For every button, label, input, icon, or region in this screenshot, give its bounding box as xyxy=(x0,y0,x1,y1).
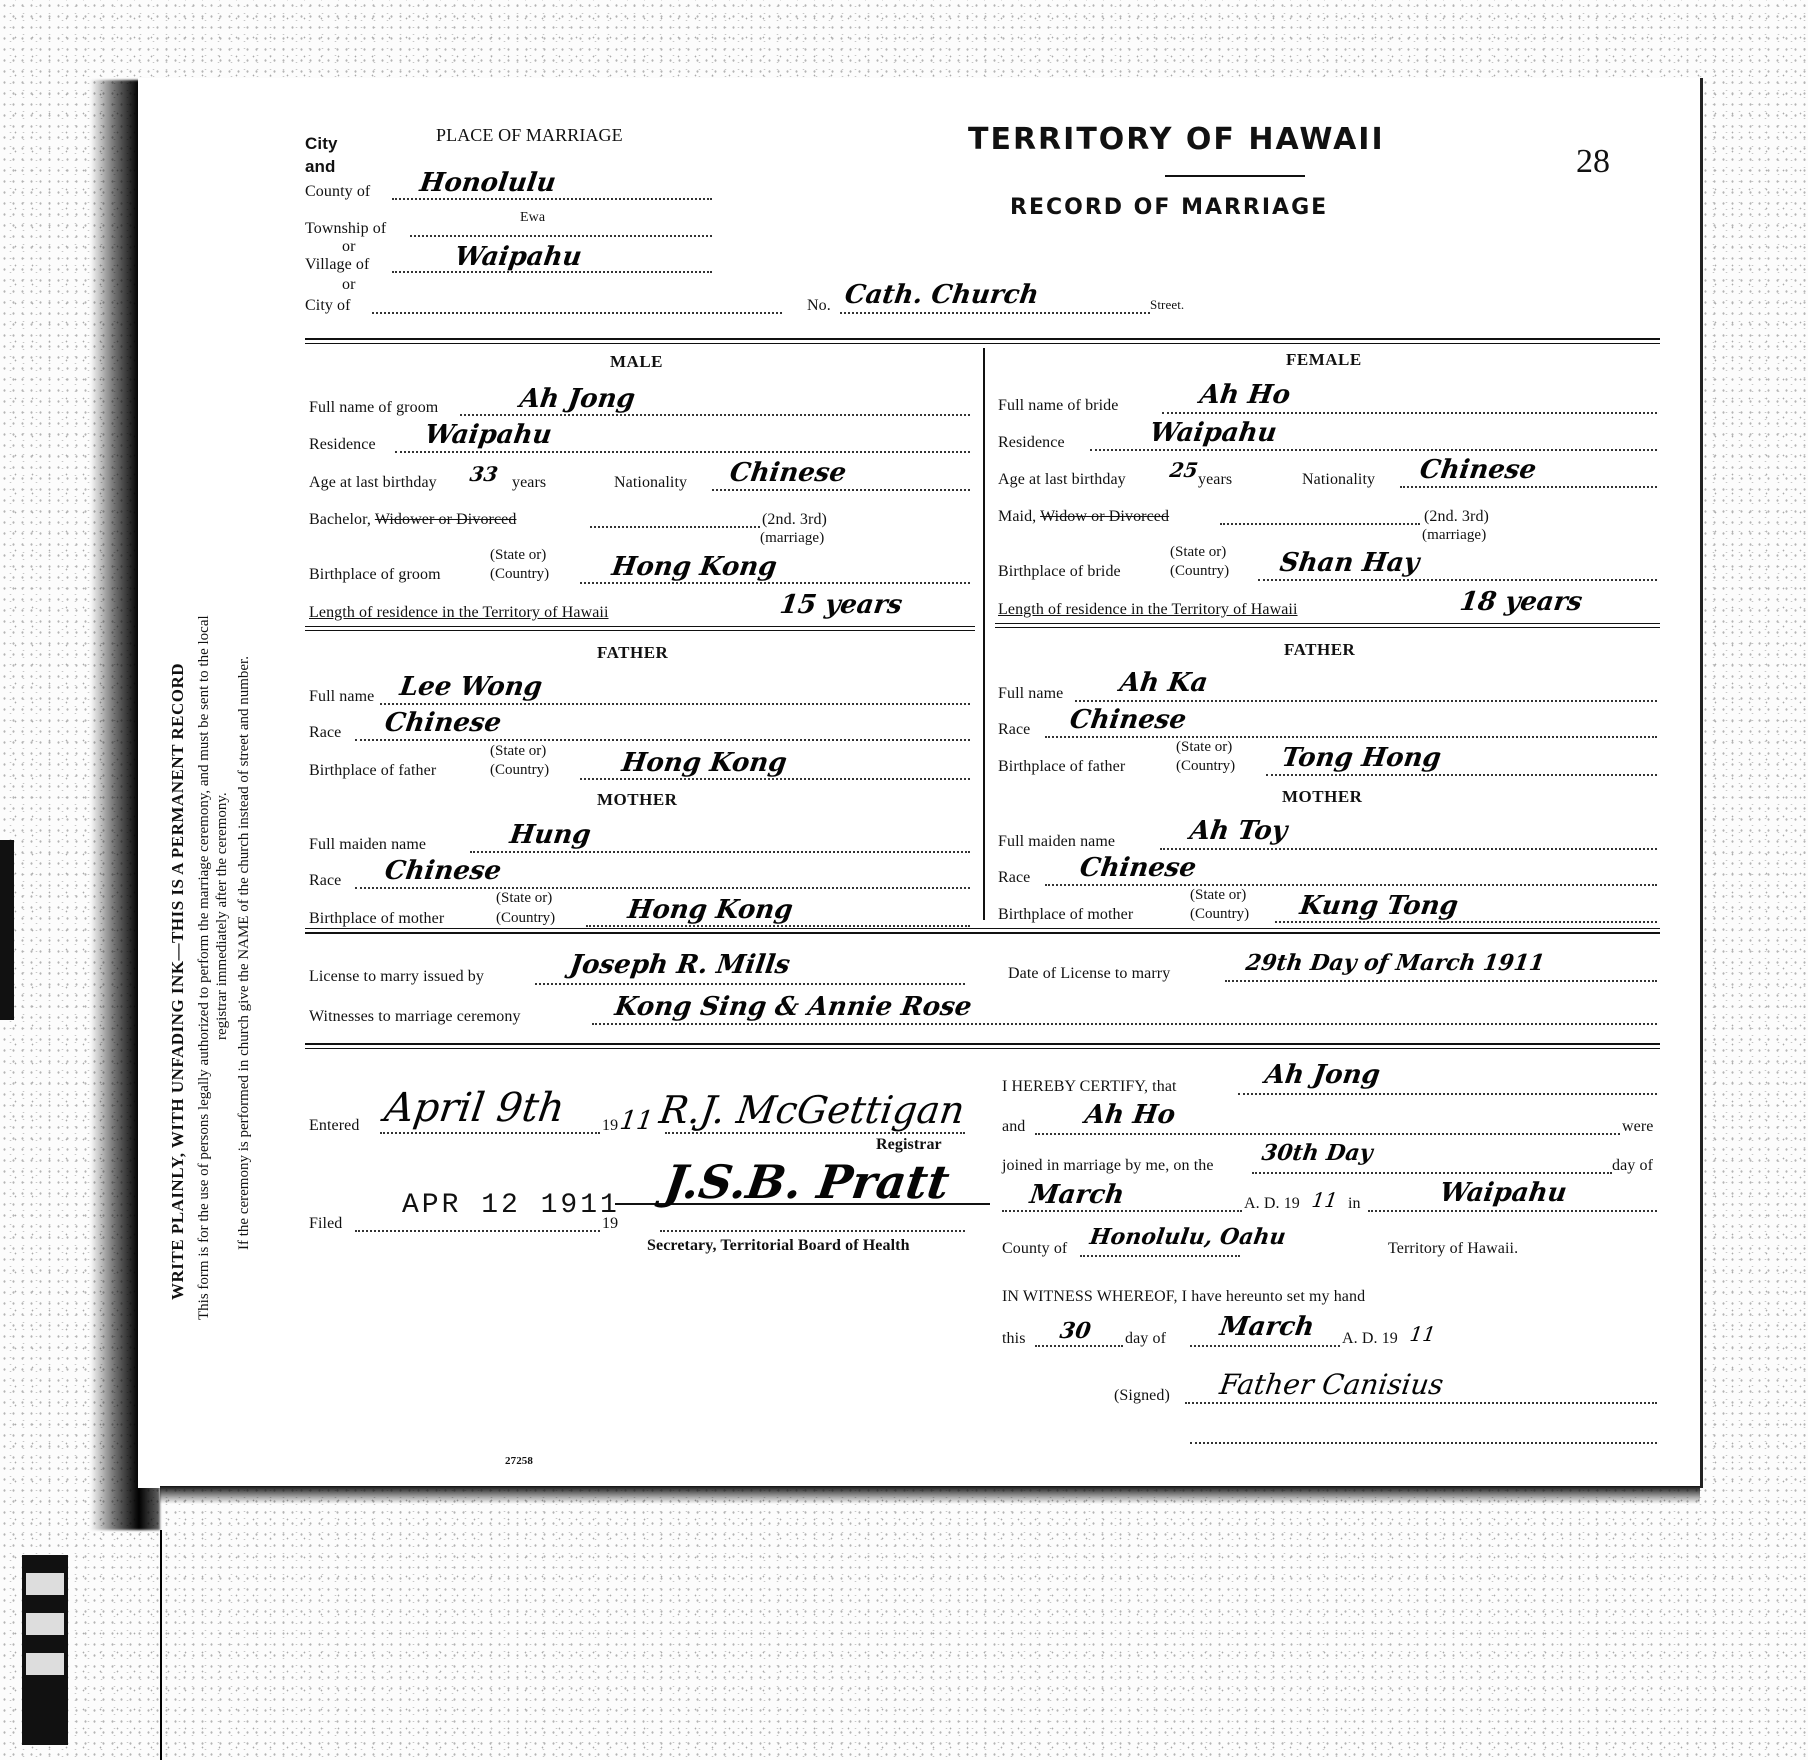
bride-mother-name-label: Full maiden name xyxy=(998,833,1115,851)
bride-father-name-label: Full name xyxy=(998,685,1063,703)
county-value: Honolulu xyxy=(418,168,558,198)
groom-status-label: Bachelor, Widower or Divorced xyxy=(309,511,516,529)
village-label: Village of xyxy=(305,256,369,274)
groom-mother-name-label: Full maiden name xyxy=(309,836,426,854)
groom-father-birthplace-label: Birthplace of father xyxy=(309,762,436,780)
groom-father-name-value: Lee Wong xyxy=(398,672,544,702)
groom-nationality-value: Chinese xyxy=(728,458,848,488)
bride-status-line xyxy=(1220,523,1420,525)
male-divider xyxy=(305,626,975,627)
divider-parents-2 xyxy=(305,932,1660,934)
license-issuer-label: License to marry issued by xyxy=(309,968,484,986)
filed-year-prefix: 19 xyxy=(602,1215,618,1233)
document-subtitle: RECORD OF MARRIAGE xyxy=(1010,195,1328,220)
witnesses-line xyxy=(592,1023,1657,1025)
bride-father-race-value: Chinese xyxy=(1068,705,1188,735)
license-date-line xyxy=(1225,980,1657,982)
this-label: this xyxy=(1002,1330,1026,1348)
groom-name-value: Ah Jong xyxy=(518,384,637,414)
document-title: TERRITORY OF HAWAII xyxy=(968,122,1385,157)
groom-mother-race-line xyxy=(355,887,970,889)
certify-value: Ah Jong xyxy=(1263,1060,1382,1090)
bride-status-label: Maid, Widow or Divorced xyxy=(998,508,1169,526)
groom-years-label: years xyxy=(512,474,546,492)
and-line xyxy=(1035,1133,1620,1135)
no-label: No. xyxy=(807,297,831,315)
form-number: 27258 xyxy=(505,1455,533,1467)
bride-father-birthplace-line xyxy=(1266,774,1657,776)
bride-father-country: (Country) xyxy=(1176,758,1235,774)
groom-country: (Country) xyxy=(490,566,549,582)
female-divider-2 xyxy=(995,627,1660,628)
groom-age-value: 33 xyxy=(468,462,499,486)
license-date-value: 29th Day of March 1911 xyxy=(1244,950,1546,976)
territory-label: Territory of Hawaii. xyxy=(1388,1240,1518,1258)
signed-value: Father Canisius xyxy=(1218,1368,1446,1401)
groom-father-birthplace-line xyxy=(580,778,970,780)
bride-mother-race-label: Race xyxy=(998,869,1030,887)
joined-line xyxy=(1252,1172,1612,1174)
bride-marriage-paren: (marriage) xyxy=(1422,527,1486,544)
groom-mother-race-label: Race xyxy=(309,872,341,890)
groom-mother-birthplace-label: Birthplace of mother xyxy=(309,910,444,928)
registrar-line xyxy=(665,1132,965,1134)
bachelor-text: Bachelor, xyxy=(309,511,375,528)
bride-state-or: (State or) xyxy=(1170,544,1226,560)
divider-license-2 xyxy=(305,1048,1660,1049)
cert-county-value: Honolulu, Oahu xyxy=(1088,1224,1287,1250)
title-divider xyxy=(1165,175,1305,177)
this-value: 30 xyxy=(1058,1318,1092,1344)
groom-mother-name-value: Hung xyxy=(508,820,593,850)
bride-mother-race-line xyxy=(1045,884,1657,886)
bride-mother-race-value: Chinese xyxy=(1078,853,1198,883)
groom-birthplace-label: Birthplace of groom xyxy=(309,566,441,584)
township-label: Township of xyxy=(305,220,386,238)
groom-birthplace-value: Hong Kong xyxy=(610,552,779,582)
filed-line xyxy=(355,1230,600,1232)
secretary-line xyxy=(660,1230,965,1232)
and-value: Ah Ho xyxy=(1083,1100,1177,1130)
divider-top xyxy=(305,338,1660,340)
day-of-label: day of xyxy=(1612,1157,1653,1175)
groom-father-birthplace-value: Hong Kong xyxy=(620,748,789,778)
witnesses-value: Kong Sing & Annie Rose xyxy=(613,992,974,1022)
maid-text: Maid, xyxy=(998,508,1040,525)
or-label-2: or xyxy=(342,276,356,294)
groom-nationality-label: Nationality xyxy=(614,474,687,492)
bride-father-state-or: (State or) xyxy=(1176,739,1232,755)
groom-father-race-value: Chinese xyxy=(383,708,503,738)
side-note-line3: If the ceremony is performed in church g… xyxy=(236,656,253,1250)
bride-residence-value: Waipahu xyxy=(1148,418,1279,448)
church-value: Cath. Church xyxy=(843,280,1041,310)
signed-line-2 xyxy=(1190,1442,1657,1444)
groom-age-label: Age at last birthday xyxy=(309,474,437,492)
groom-residence-value: Waipahu xyxy=(423,420,554,450)
and-label: and xyxy=(305,157,336,177)
entered-label: Entered xyxy=(309,1117,359,1135)
bride-mother-state-or: (State or) xyxy=(1190,887,1246,903)
in-label: in xyxy=(1348,1195,1361,1213)
dayof-value: March xyxy=(1218,1312,1316,1342)
groom-mother-birthplace-line xyxy=(586,925,970,927)
county-label: County of xyxy=(305,183,370,201)
bride-mother-birthplace-value: Kung Tong xyxy=(1298,891,1460,921)
signed-label: (Signed) xyxy=(1114,1387,1170,1405)
side-note-line1: This form is for the use of persons lega… xyxy=(196,615,213,1320)
joined-value: 30th Day xyxy=(1260,1140,1374,1166)
edge-line xyxy=(160,1530,162,1760)
groom-marriage-paren: (marriage) xyxy=(760,530,824,547)
city-label: City xyxy=(305,134,338,154)
groom-name-label: Full name of groom xyxy=(309,399,438,417)
bride-mother-birthplace-label: Birthplace of mother xyxy=(998,906,1133,924)
bride-residence-line xyxy=(1090,449,1657,451)
groom-mother-name-line xyxy=(470,851,970,853)
signed-line xyxy=(1185,1402,1657,1404)
page-tab-marker xyxy=(0,840,14,1020)
bride-nationality-label: Nationality xyxy=(1302,471,1375,489)
secretary-signature: J.S.B. Pratt xyxy=(661,1155,952,1209)
bride-mother-birthplace-line xyxy=(1275,921,1657,923)
secretary-label: Secretary, Territorial Board of Health xyxy=(647,1237,910,1255)
groom-father-state-or: (State or) xyxy=(490,743,546,759)
were-label: were xyxy=(1622,1118,1654,1136)
bride-mother-heading: MOTHER xyxy=(1282,787,1362,807)
groom-residence-length-value: 15 years xyxy=(778,590,904,620)
widower-divorced-struck: Widower or Divorced xyxy=(375,511,517,528)
bride-residence-length-label: Length of residence in the Territory of … xyxy=(998,601,1298,619)
entered-value: April 9th xyxy=(382,1085,568,1131)
female-divider xyxy=(995,623,1660,624)
groom-residence-label: Residence xyxy=(309,436,376,454)
groom-name-line xyxy=(460,414,970,416)
groom-father-race-label: Race xyxy=(309,724,341,742)
dayof-label-2: day of xyxy=(1125,1330,1166,1348)
groom-father-heading: FATHER xyxy=(597,643,668,663)
female-heading: FEMALE xyxy=(1286,350,1362,370)
groom-father-country: (Country) xyxy=(490,762,549,778)
bride-name-label: Full name of bride xyxy=(998,397,1118,415)
groom-residence-length-label: Length of residence in the Territory of … xyxy=(309,604,609,622)
city-of-label: City of xyxy=(305,297,351,315)
divider-top-2 xyxy=(305,343,1660,344)
groom-father-race-line xyxy=(355,739,970,741)
bride-name-value: Ah Ho xyxy=(1198,380,1292,410)
registrar-signature: R.J. McGettigan xyxy=(657,1088,968,1132)
certify-line xyxy=(1238,1093,1657,1095)
bride-birthplace-value: Shan Hay xyxy=(1278,548,1421,578)
bride-country: (Country) xyxy=(1170,563,1229,579)
street-label: Street. xyxy=(1150,297,1184,313)
groom-father-name-label: Full name xyxy=(309,688,374,706)
and-label-cert: and xyxy=(1002,1118,1025,1136)
place-of-marriage-heading: PLACE OF MARRIAGE xyxy=(436,125,623,146)
ad-value: 11 xyxy=(1310,1188,1339,1212)
this-line xyxy=(1035,1345,1123,1347)
groom-father-name-line xyxy=(380,703,970,705)
side-note-main: WRITE PLAINLY, WITH UNFADING INK—THIS IS… xyxy=(168,663,188,1300)
film-strip-marker xyxy=(22,1555,68,1745)
dayof-line xyxy=(1190,1345,1340,1347)
bride-age-value: 25 xyxy=(1168,458,1199,482)
bride-mother-country: (Country) xyxy=(1190,906,1249,922)
paper-bottom-shadow xyxy=(160,1486,1700,1504)
column-divider xyxy=(983,348,985,920)
township-line xyxy=(410,235,712,237)
bride-birthplace-line xyxy=(1258,579,1657,581)
county-line xyxy=(392,198,712,200)
record-number: 28 xyxy=(1576,143,1610,181)
witness-whereof-label: IN WITNESS WHEREOF, I have hereunto set … xyxy=(1002,1288,1365,1306)
bride-nationality-line xyxy=(1400,486,1657,488)
bride-father-race-label: Race xyxy=(998,721,1030,739)
city-line xyxy=(372,312,782,314)
divider-parents xyxy=(305,928,1660,929)
month-value: March xyxy=(1028,1180,1126,1210)
bride-nth-label: (2nd. 3rd) xyxy=(1424,508,1489,526)
street-line xyxy=(840,312,1150,314)
bride-mother-name-value: Ah Toy xyxy=(1188,816,1289,846)
groom-state-or: (State or) xyxy=(490,547,546,563)
bride-father-race-line xyxy=(1045,736,1657,738)
bride-mother-name-line xyxy=(1160,848,1657,850)
cert-county-label: County of xyxy=(1002,1240,1067,1258)
certify-label: I HEREBY CERTIFY, that xyxy=(1002,1078,1177,1096)
license-date-label: Date of License to marry xyxy=(1008,965,1170,983)
male-divider-2 xyxy=(305,630,975,631)
license-issuer-line xyxy=(535,983,965,985)
ad2-value: 11 xyxy=(1408,1322,1437,1346)
bride-father-name-line xyxy=(1075,700,1657,702)
filed-stamp: APR 12 1911 xyxy=(402,1190,620,1221)
groom-mother-state-or: (State or) xyxy=(496,890,552,906)
male-heading: MALE xyxy=(610,352,663,372)
groom-residence-line xyxy=(395,451,970,453)
witnesses-label: Witnesses to marriage ceremony xyxy=(309,1008,521,1026)
bride-residence-label: Residence xyxy=(998,434,1065,452)
bride-residence-length-value: 18 years xyxy=(1458,587,1584,617)
bride-years-label: years xyxy=(1198,471,1232,489)
entered-year-prefix: 19 xyxy=(602,1117,618,1135)
groom-mother-heading: MOTHER xyxy=(597,790,677,810)
filed-label: Filed xyxy=(309,1215,342,1233)
bride-name-line xyxy=(1162,412,1657,414)
month-line xyxy=(1002,1210,1242,1212)
bride-father-name-value: Ah Ka xyxy=(1118,668,1210,698)
widow-divorced-struck: Widow or Divorced xyxy=(1040,508,1169,525)
township-value-print: Ewa xyxy=(520,210,545,226)
groom-mother-race-value: Chinese xyxy=(383,856,503,886)
license-issuer-value: Joseph R. Mills xyxy=(568,950,792,980)
groom-mother-country: (Country) xyxy=(496,910,555,926)
bride-father-heading: FATHER xyxy=(1284,640,1355,660)
or-label-1: or xyxy=(342,238,356,256)
bride-father-birthplace-label: Birthplace of father xyxy=(998,758,1125,776)
bride-birthplace-label: Birthplace of bride xyxy=(998,563,1121,581)
groom-status-line xyxy=(590,526,760,528)
groom-birthplace-line xyxy=(580,582,970,584)
entered-line xyxy=(380,1132,600,1134)
groom-nationality-line xyxy=(712,489,970,491)
village-value: Waipahu xyxy=(453,242,584,272)
side-note-line2: registrar immediately after the ceremony… xyxy=(214,792,231,1040)
ad2-label: A. D. 19 xyxy=(1342,1330,1398,1348)
groom-mother-birthplace-value: Hong Kong xyxy=(626,895,795,925)
bride-age-label: Age at last birthday xyxy=(998,471,1126,489)
ad-label: A. D. 19 xyxy=(1244,1195,1300,1213)
joined-label: joined in marriage by me, on the xyxy=(1002,1157,1214,1175)
bride-nationality-value: Chinese xyxy=(1418,455,1538,485)
in-value: Waipahu xyxy=(1438,1178,1569,1208)
groom-nth-label: (2nd. 3rd) xyxy=(762,511,827,529)
bride-father-birthplace-value: Tong Hong xyxy=(1280,743,1443,773)
entered-year-value: 11 xyxy=(618,1106,655,1136)
cert-county-line xyxy=(1080,1255,1240,1257)
in-line xyxy=(1368,1210,1657,1212)
divider-license xyxy=(305,1043,1660,1045)
registrar-label: Registrar xyxy=(876,1136,942,1154)
